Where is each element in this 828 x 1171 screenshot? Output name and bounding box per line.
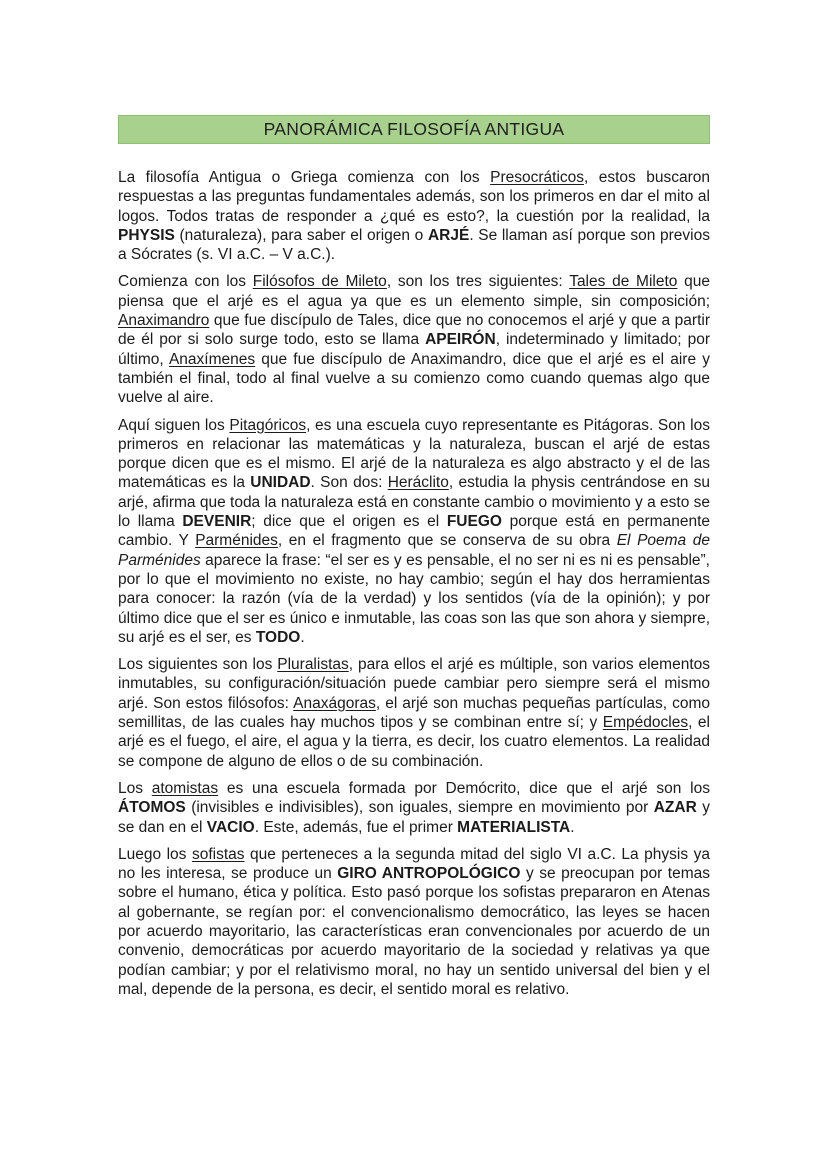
text-run: MATERIALISTA — [457, 819, 570, 836]
text-run: (invisibles e indivisibles), son iguales… — [186, 799, 654, 816]
paragraph-pitagoricos-heraclito-parmenides: Aquí siguen los Pitagóricos, es una escu… — [118, 416, 710, 648]
text-run: sofistas — [192, 846, 245, 863]
text-run: . Son dos: — [311, 474, 388, 491]
text-run: TODO — [256, 629, 301, 646]
text-run: AZAR — [654, 799, 697, 816]
text-run: (naturaleza), para saber el origen o — [175, 227, 428, 244]
text-run: Pitagóricos — [229, 417, 306, 434]
paragraph-atomistas: Los atomistas es una escuela formada por… — [118, 779, 710, 837]
paragraph-pluralistas: Los siguientes son los Pluralistas, para… — [118, 655, 710, 771]
text-run: Aquí siguen los — [118, 417, 229, 434]
text-run: UNIDAD — [250, 474, 310, 491]
text-run: La filosofía Antigua o Griega comienza c… — [118, 169, 490, 186]
text-run: , son los tres siguientes: — [387, 273, 569, 290]
text-run: . — [300, 629, 304, 646]
page-title: PANORÁMICA FILOSOFÍA ANTIGUA — [264, 119, 565, 140]
text-run: es una escuela formada por Demócrito, di… — [218, 780, 710, 797]
paragraph-presocraticos: La filosofía Antigua o Griega comienza c… — [118, 168, 710, 264]
text-run: Filósofos de Mileto — [253, 273, 387, 290]
text-run: Luego los — [118, 846, 192, 863]
text-run: FUEGO — [447, 513, 502, 530]
text-run: ÁTOMOS — [118, 799, 186, 816]
document-body: La filosofía Antigua o Griega comienza c… — [118, 168, 710, 999]
document-page: PANORÁMICA FILOSOFÍA ANTIGUA La filosofí… — [0, 0, 828, 1171]
paragraph-sofistas: Luego los sofistas que perteneces a la s… — [118, 845, 710, 999]
text-run: Pluralistas — [277, 656, 349, 673]
text-run: y se preocupan por temas sobre el humano… — [118, 865, 710, 998]
text-run: , en el fragmento que se conserva de su … — [278, 532, 617, 549]
title-banner: PANORÁMICA FILOSOFÍA ANTIGUA — [118, 115, 710, 144]
text-run: ARJÉ — [428, 227, 469, 244]
paragraph-filosofos-de-mileto: Comienza con los Filósofos de Mileto, so… — [118, 272, 710, 407]
text-run: Parménides — [195, 532, 278, 549]
text-run: Anaxágoras — [293, 695, 376, 712]
text-run: Los — [118, 780, 152, 797]
text-run: Comienza con los — [118, 273, 253, 290]
text-run: . — [570, 819, 574, 836]
text-run: ; dice que el origen es el — [251, 513, 447, 530]
text-run: Anaximandro — [118, 312, 209, 329]
text-run: Los siguientes son los — [118, 656, 277, 673]
text-run: Anaxímenes — [169, 351, 255, 368]
text-run: GIRO ANTROPOLÓGICO — [337, 865, 520, 882]
text-run: APEIRÓN — [425, 331, 496, 348]
text-run: Tales de Mileto — [569, 273, 677, 290]
text-run: Presocráticos — [490, 169, 584, 186]
text-run: DEVENIR — [182, 513, 251, 530]
text-run: aparece la frase: “el ser es y es pensab… — [118, 552, 710, 646]
text-run: VACIO — [207, 819, 255, 836]
text-run: PHYSIS — [118, 227, 175, 244]
text-run: . Este, además, fue el primer — [255, 819, 457, 836]
text-run: Empédocles — [603, 714, 688, 731]
text-run: atomistas — [152, 780, 218, 797]
text-run: Heráclito — [388, 474, 449, 491]
